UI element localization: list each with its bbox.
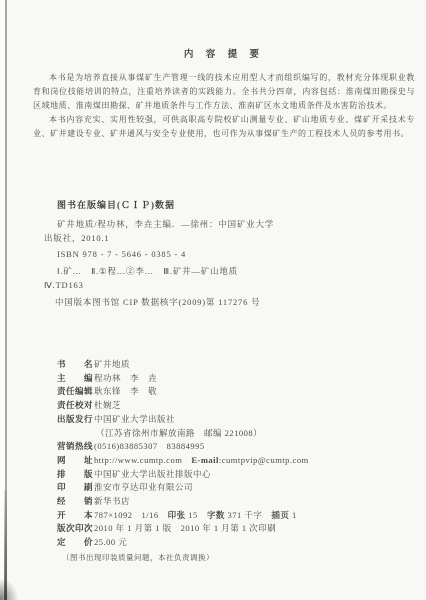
colophon-row: 出版发行中国矿业大学出版社	[57, 413, 407, 427]
colophon-rows: 书 名矿井地质主 编程功林 李 垚责任编辑耿东锋 李 敬责任校对杜婉芝出版发行中…	[57, 358, 407, 550]
colophon-row-label	[57, 427, 94, 441]
cip-classification-line1: Ⅰ.矿… Ⅱ.①程…②李… Ⅲ.矿井—矿山地质	[44, 264, 374, 278]
cip-classification-line2: Ⅳ.TD163	[44, 278, 374, 292]
cip-section: 图书在版编目(ＣＩＰ)数据 矿井地质/程功林，李垚主编．—徐州：中国矿业大学 出…	[44, 198, 374, 309]
colophon-row: 责任编辑耿东锋 李 敬	[57, 385, 407, 399]
colophon-row: 营销热线(0516)83885307 83884995	[57, 440, 407, 454]
colophon-row-label: 经 销	[57, 495, 94, 509]
cip-registration-number: 中国版本图书馆 CIP 数据核字(2009)第 117276 号	[44, 295, 374, 309]
colophon-row: 责任校对杜婉芝	[57, 399, 407, 413]
colophon-row-value: 2010 年 1 月第 1 版 2010 年 1 月第 1 次印刷	[94, 522, 276, 536]
colophon-row-label: 定 价	[57, 536, 94, 550]
colophon-row-value: http://www.cumtp.com E-mail:cumtpvip@cum…	[94, 454, 309, 468]
colophon-row-value: 中国矿业大学出版社	[94, 413, 175, 427]
colophon-note: （图书出现印装质量问题，本社负责调换）	[57, 552, 407, 563]
summary-title: 内 容 提 要	[33, 46, 415, 60]
cip-description-line1: 矿井地质/程功林，李垚主编．—徐州：中国矿业大学	[44, 217, 374, 231]
colophon-row-label: 网 址	[57, 454, 94, 468]
colophon-row-label: 责任校对	[57, 399, 94, 413]
colophon-row-label: 排 版	[57, 468, 94, 482]
colophon-row: 书 名矿井地质	[57, 358, 407, 372]
colophon-row: 主 编程功林 李 垚	[57, 372, 407, 386]
colophon-row-label: 印 刷	[57, 481, 94, 495]
colophon-row-label: 版次印次	[57, 522, 94, 536]
colophon-row-value: 新华书店	[94, 495, 130, 509]
colophon-row-label: 营销热线	[57, 440, 94, 454]
summary-paragraph-2: 本书内容充实、实用性较强，可供高职高专院校矿山测量专业、矿山地质专业、煤矿开采技…	[33, 113, 415, 141]
colophon-row-label: 开 本	[57, 509, 94, 523]
colophon-row-value: (0516)83885307 83884995	[94, 440, 205, 454]
colophon-row-label: 责任编辑	[57, 385, 94, 399]
colophon-row-label: 出版发行	[57, 413, 94, 427]
colophon-row-value: 淮安市亨达印业有限公司	[94, 481, 193, 495]
content-summary-section: 内 容 提 要 本书是为培养直接从事煤矿生产管理一线的技术应用型人才而组织编写的…	[33, 46, 415, 141]
colophon-section: 书 名矿井地质主 编程功林 李 垚责任编辑耿东锋 李 敬责任校对杜婉芝出版发行中…	[57, 358, 407, 563]
cip-isbn: ISBN 978 - 7 - 5646 - 0385 - 4	[44, 247, 374, 261]
colophon-row: 版次印次2010 年 1 月第 1 版 2010 年 1 月第 1 次印刷	[57, 522, 407, 536]
colophon-row: 印 刷淮安市亨达印业有限公司	[57, 481, 407, 495]
colophon-row-value: 耿东锋 李 敬	[94, 385, 157, 399]
colophon-row: 开 本787×1092 1/16 印张 15 字数 371 千字 插页 1	[57, 509, 407, 523]
colophon-row-label: 主 编	[57, 372, 94, 386]
colophon-row: 网 址http://www.cumtp.com E-mail:cumtpvip@…	[57, 454, 407, 468]
colophon-row-value: 中国矿业大学出版社排版中心	[94, 468, 211, 482]
colophon-row: （江苏省徐州市解放南路 邮编 221008）	[57, 427, 407, 441]
colophon-row-value: 杜婉芝	[94, 399, 121, 413]
corner-shadow	[0, 578, 18, 600]
colophon-row: 排 版中国矿业大学出版社排版中心	[57, 468, 407, 482]
colophon-row-value: （江苏省徐州市解放南路 邮编 221008）	[94, 427, 262, 441]
colophon-row-value: 矿井地质	[94, 358, 130, 372]
colophon-row-label: 书 名	[57, 358, 94, 372]
cip-description-line2: 出版社，2010.1	[44, 231, 374, 245]
colophon-row: 定 价25.00 元	[57, 536, 407, 550]
summary-paragraph-1: 本书是为培养直接从事煤矿生产管理一线的技术应用型人才而组织编写的，教材充分体现职…	[33, 71, 415, 113]
book-copyright-page: 内 容 提 要 本书是为培养直接从事煤矿生产管理一线的技术应用型人才而组织编写的…	[0, 0, 426, 600]
colophon-row-value: 787×1092 1/16 印张 15 字数 371 千字 插页 1	[94, 509, 297, 523]
colophon-row-value: 25.00 元	[94, 536, 127, 550]
colophon-row-value: 程功林 李 垚	[94, 372, 157, 386]
cip-title: 图书在版编目(ＣＩＰ)数据	[44, 198, 374, 212]
colophon-row: 经 销新华书店	[57, 495, 407, 509]
